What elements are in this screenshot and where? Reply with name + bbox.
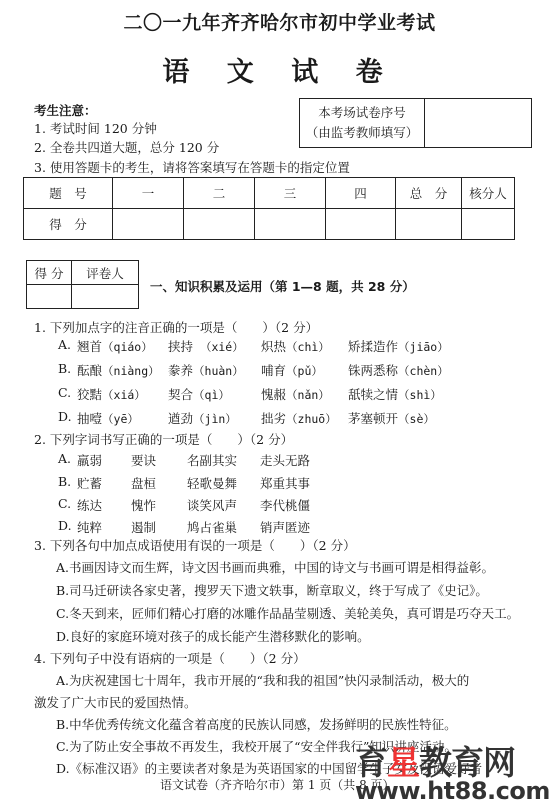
pinyin: （qì） — [193, 388, 230, 402]
option-item: 郑重其事 — [260, 474, 310, 492]
pinyin: （jiāo） — [398, 340, 449, 354]
option-item: 贮蓄 — [77, 474, 102, 492]
option-text: 冬天到来，匠师们精心打磨的冰雕作品晶莹剔透、美轮美奂，真可谓是巧夺天工。 — [69, 606, 519, 621]
option-item: 狡黠（xiá） — [77, 385, 146, 403]
header-cell: 题 号 — [24, 178, 113, 209]
option-text: 良好的家庭环境对孩子的成长能产生潜移默化的影响。 — [70, 629, 370, 644]
score-table: 题 号 一 二 三 四 总 分 核分人 得 分 — [23, 177, 515, 240]
option-label: A. — [58, 337, 71, 352]
word: 酝酿 — [77, 363, 102, 378]
option-item: 要诀 — [131, 451, 156, 469]
notice-item: 3. 使用答题卡的考生，请将答案填写在答题卡的指定位置 — [34, 158, 350, 176]
option-item: 走头无路 — [260, 451, 310, 469]
option-label: D. — [58, 518, 72, 533]
header-cell: 总 分 — [396, 178, 462, 209]
pinyin: （xiá） — [102, 388, 146, 402]
option-item: 鸠占雀巢 — [187, 518, 237, 536]
header-cell: 三 — [255, 178, 326, 209]
option-label: C. — [56, 739, 69, 754]
exam-title: 二〇一九年齐齐哈尔市初中学业考试 — [0, 8, 559, 35]
option-item: 豢养（huàn） — [168, 361, 244, 379]
option-item: 愧赧（nǎn） — [261, 385, 330, 403]
option-label: A. — [58, 451, 71, 466]
option-item: 抽噎（yē） — [77, 409, 139, 427]
option-item: 销声匿迹 — [260, 518, 310, 536]
question-stem: 1. 下列加点字的注音正确的一项是（ ）（2 分） — [34, 318, 318, 336]
option-item: 羸弱 — [77, 451, 102, 469]
option-label: C. — [58, 496, 71, 511]
option-item: 舐犊之情（shì） — [348, 385, 442, 403]
serial-number-box: 本考场试卷序号 （由监考教师填写） — [299, 98, 532, 148]
subject-title: 语 文 试 卷 — [0, 50, 559, 89]
option-item: 轻歌曼舞 — [187, 474, 237, 492]
word: 豢养 — [168, 363, 193, 378]
word: 契合 — [168, 387, 193, 402]
word: 翘首 — [77, 339, 102, 354]
option-label: B. — [58, 361, 71, 376]
header-cell: 二 — [184, 178, 255, 209]
pinyin: （chì） — [286, 340, 330, 354]
pinyin: （jìn） — [193, 412, 237, 426]
option-item: 遏制 — [131, 518, 156, 536]
serial-label-line1: 本考场试卷序号 — [300, 103, 424, 123]
header-cell: 一 — [113, 178, 184, 209]
option-item: 酝酿（niàng） — [77, 361, 160, 379]
pinyin: （yē） — [102, 412, 139, 426]
option-item: 契合（qì） — [168, 385, 230, 403]
word: 铢两悉称 — [348, 363, 398, 378]
option-label: C. — [58, 385, 71, 400]
word: 遒劲 — [168, 411, 193, 426]
option-item: 挟持 （xié） — [168, 337, 244, 355]
pinyin: （sè） — [398, 412, 435, 426]
option-label: B. — [56, 717, 69, 732]
score-table-header: 题 号 一 二 三 四 总 分 核分人 — [24, 178, 515, 209]
score-cell[interactable] — [326, 209, 396, 240]
serial-number-field[interactable] — [425, 99, 532, 148]
option-label: D. — [58, 409, 72, 424]
option-item: 遒劲（jìn） — [168, 409, 237, 427]
option-text: 中华优秀传统文化蕴含着高度的民族认同感，发扬鲜明的民族性特征。 — [69, 717, 457, 732]
option-item: 茅塞顿开（sè） — [348, 409, 435, 427]
question-stem: 4. 下列句子中没有语病的一项是（ ）（2 分） — [34, 649, 306, 667]
word: 茅塞顿开 — [348, 411, 398, 426]
pinyin: （pǔ） — [286, 364, 323, 378]
option-line: A.为庆祝建国七十周年，我市开展的“我和我的祖国”快闪录制活动，极大的 — [56, 671, 469, 689]
notice-item: 2. 全卷共四道大题，总分 120 分 — [34, 138, 219, 156]
score-cell[interactable] — [462, 209, 515, 240]
grader-score-field[interactable] — [27, 285, 72, 309]
header-cell: 核分人 — [462, 178, 515, 209]
word: 拙劣 — [261, 411, 286, 426]
option-item: 名副其实 — [187, 451, 237, 469]
option-label: A. — [56, 560, 69, 575]
question-stem: 2. 下列字词书写正确的一项是（ ）（2 分） — [34, 430, 293, 448]
word: 愧赧 — [261, 387, 286, 402]
option-line: B.司马迁研读各家史著，搜罗天下遗文轶事，断章取义，终于写成了《史记》。 — [56, 581, 488, 599]
option-text: 为庆祝建国七十周年，我市开展的“我和我的祖国”快闪录制活动，极大的 — [69, 673, 469, 688]
option-item: 愧怍 — [131, 496, 156, 514]
option-item: 谈笑风声 — [187, 496, 237, 514]
pinyin: （qiáo） — [102, 340, 153, 354]
word: 矫揉造作 — [348, 339, 398, 354]
pinyin: （zhuō） — [286, 412, 337, 426]
option-item: 李代桃僵 — [260, 496, 310, 514]
pinyin: （huàn） — [193, 364, 244, 378]
option-label: B. — [56, 583, 69, 598]
option-label: D. — [56, 629, 70, 644]
grader-header: 评卷人 — [72, 261, 139, 285]
pinyin: （nǎn） — [286, 388, 330, 402]
grader-box: 得 分 评卷人 — [26, 260, 139, 309]
row-label: 得 分 — [24, 209, 113, 240]
option-label: D. — [56, 761, 70, 776]
serial-label: 本考场试卷序号 （由监考教师填写） — [300, 99, 425, 148]
notice-heading: 考生注意： — [34, 101, 97, 119]
score-cell[interactable] — [255, 209, 326, 240]
option-text: 司马迁研读各家史著，搜罗天下遗文轶事，断章取义，终于写成了《史记》。 — [69, 583, 488, 598]
watermark-url: www.ht88.com — [355, 777, 550, 805]
watermark: 育星教育网 www.ht88.com — [355, 737, 559, 805]
option-item: 纯粹 — [77, 518, 102, 536]
option-line: A.书画因诗文而生辉，诗文因书画而典雅，中国的诗文与书画可谓是相得益彰。 — [56, 558, 494, 576]
option-text: 书画因诗文而生辉，诗文因书画而典雅，中国的诗文与书画可谓是相得益彰。 — [69, 560, 494, 575]
pinyin: （xié） — [193, 340, 244, 354]
option-item: 翘首（qiáo） — [77, 337, 153, 355]
notice-item: 1. 考试时间 120 分钟 — [34, 119, 157, 137]
option-line: C.冬天到来，匠师们精心打磨的冰雕作品晶莹剔透、美轮美奂，真可谓是巧夺天工。 — [56, 604, 519, 622]
section-title: 一、知识积累及运用（第 1—8 题，共 28 分） — [150, 277, 415, 295]
option-line: D.良好的家庭环境对孩子的成长能产生潜移默化的影响。 — [56, 627, 370, 645]
score-table-row: 得 分 — [24, 209, 515, 240]
score-cell[interactable] — [396, 209, 462, 240]
option-item: 拙劣（zhuō） — [261, 409, 337, 427]
word: 抽噎 — [77, 411, 102, 426]
pinyin: （shì） — [398, 388, 442, 402]
option-item: 矫揉造作（jiāo） — [348, 337, 449, 355]
word: 炽热 — [261, 339, 286, 354]
score-cell[interactable] — [184, 209, 255, 240]
pinyin: （niàng） — [102, 364, 160, 378]
question-stem: 3. 下列各句中加点成语使用有误的一项是（ ）（2 分） — [34, 536, 356, 554]
serial-label-line2: （由监考教师填写） — [300, 123, 424, 143]
option-item: 铢两悉称（chèn） — [348, 361, 449, 379]
pinyin: （chèn） — [398, 364, 449, 378]
option-label: B. — [58, 474, 71, 489]
word: 挟持 — [168, 339, 193, 354]
option-line: B.中华优秀传统文化蕴含着高度的民族认同感，发扬鲜明的民族性特征。 — [56, 715, 457, 733]
word: 狡黠 — [77, 387, 102, 402]
option-line-continued: 激发了广大市民的爱国热情。 — [34, 693, 197, 711]
score-cell[interactable] — [113, 209, 184, 240]
grader-header: 得 分 — [27, 261, 72, 285]
option-label: A. — [56, 673, 69, 688]
option-item: 哺育（pǔ） — [261, 361, 323, 379]
option-item: 练达 — [77, 496, 102, 514]
word: 哺育 — [261, 363, 286, 378]
word: 舐犊之情 — [348, 387, 398, 402]
option-item: 盘桓 — [131, 474, 156, 492]
grader-name-field[interactable] — [72, 285, 139, 309]
option-label: C. — [56, 606, 69, 621]
header-cell: 四 — [326, 178, 396, 209]
option-item: 炽热（chì） — [261, 337, 330, 355]
